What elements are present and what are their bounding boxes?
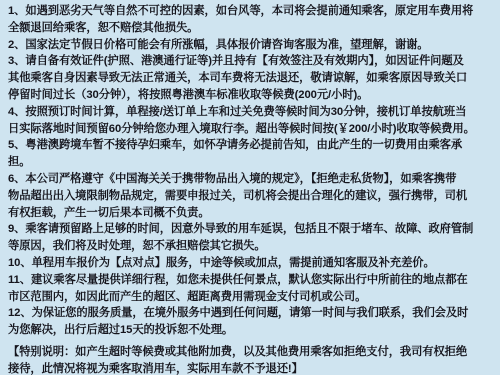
notice-line: 10、单程用车报价为【点对点】服务，中途等候或加点，需提前通知客服及补充差价。 bbox=[8, 255, 492, 272]
notice-line: 3、请自备有效证件(护照、港澳通行证等)并且持有【有效签注及有效期内】，如因证件… bbox=[8, 53, 492, 70]
notice-line: 市区范围内，如因此而产生的超区、超距离费用需现金支付司机或公司。 bbox=[8, 289, 492, 306]
special-note-line: 接待，此情况将视为乘客取消用车，实际用车款不予退还!】 bbox=[8, 361, 492, 375]
notice-line: 2、国家法定节假日价格可能会有所涨幅，具体报价请咨询客服为准，望理解，谢谢。 bbox=[8, 37, 492, 54]
notice-line: 等原因，我们将及时处理，恕不承担赔偿其它损失。 bbox=[8, 238, 492, 255]
notice-line: 日实际落地时间预留60分钟给您办理入境取行李。超出等候时间按(￥200/小时)收… bbox=[8, 121, 492, 138]
notice-line: 物品超出出入境限制物品规定，需要申报过关，司机将会提出合理化的建议，强行携带，司… bbox=[8, 188, 492, 205]
notice-line: 有权拒载，产生一切后果本司概不负责。 bbox=[8, 205, 492, 222]
notice-line: 5、粤港澳跨境车暂不接待孕妇乘车，如怀孕请务必提前告知，由此产生的一切费用由乘客… bbox=[8, 137, 492, 154]
notice-line: 9、乘客请预留路上足够的时间，因意外导致的用车延误，包括且不限于堵车、故障、政府… bbox=[8, 221, 492, 238]
terms-notice: 1、如遇到恶劣天气等自然不可控的因素，如台风等，本司将会提前通知乘客，原定用车费… bbox=[0, 0, 500, 375]
terms-list: 1、如遇到恶劣天气等自然不可控的因素，如台风等，本司将会提前通知乘客，原定用车费… bbox=[8, 3, 492, 339]
notice-line: 12、为保证您的服务质量，在境外服务中遇到任何问题，请第一时间与我们联系，我们会… bbox=[8, 305, 492, 322]
notice-line: 6、本公司严格遵守《中国海关关于携带物品出入境的规定》，【拒绝走私货物】，如乘客… bbox=[8, 171, 492, 188]
notice-line: 11、建议乘客尽量提供详细行程，如您未提供任何景点，默认您实际出行中所前往的地点… bbox=[8, 272, 492, 289]
notice-line: 其他乘客自身因素导致无法正常通关，本司车费将无法退还，敬请谅解，如乘客原因导致关… bbox=[8, 70, 492, 87]
special-note-line: 【特别说明：如产生超时等候费或其他附加费，以及其他费用乘客如拒绝支付，我司有权拒… bbox=[8, 344, 492, 361]
notice-line: 全额退回给乘客，恕不赔偿其他损失。 bbox=[8, 20, 492, 37]
notice-line: 担。 bbox=[8, 154, 492, 171]
notice-line: 为您解决，出行后超过15天的投诉恕不处理。 bbox=[8, 322, 492, 339]
special-note: 【特别说明：如产生超时等候费或其他附加费，以及其他费用乘客如拒绝支付，我司有权拒… bbox=[8, 344, 492, 375]
notice-line: 停留时间过长（30分钟），将按照粤港澳车标准收取等候费(200元/小时)。 bbox=[8, 87, 492, 104]
notice-line: 1、如遇到恶劣天气等自然不可控的因素，如台风等，本司将会提前通知乘客，原定用车费… bbox=[8, 3, 492, 20]
notice-line: 4、按照预订时间计算，单程接/送订单上车和过关免费等候时间为30分钟，接机订单按… bbox=[8, 104, 492, 121]
